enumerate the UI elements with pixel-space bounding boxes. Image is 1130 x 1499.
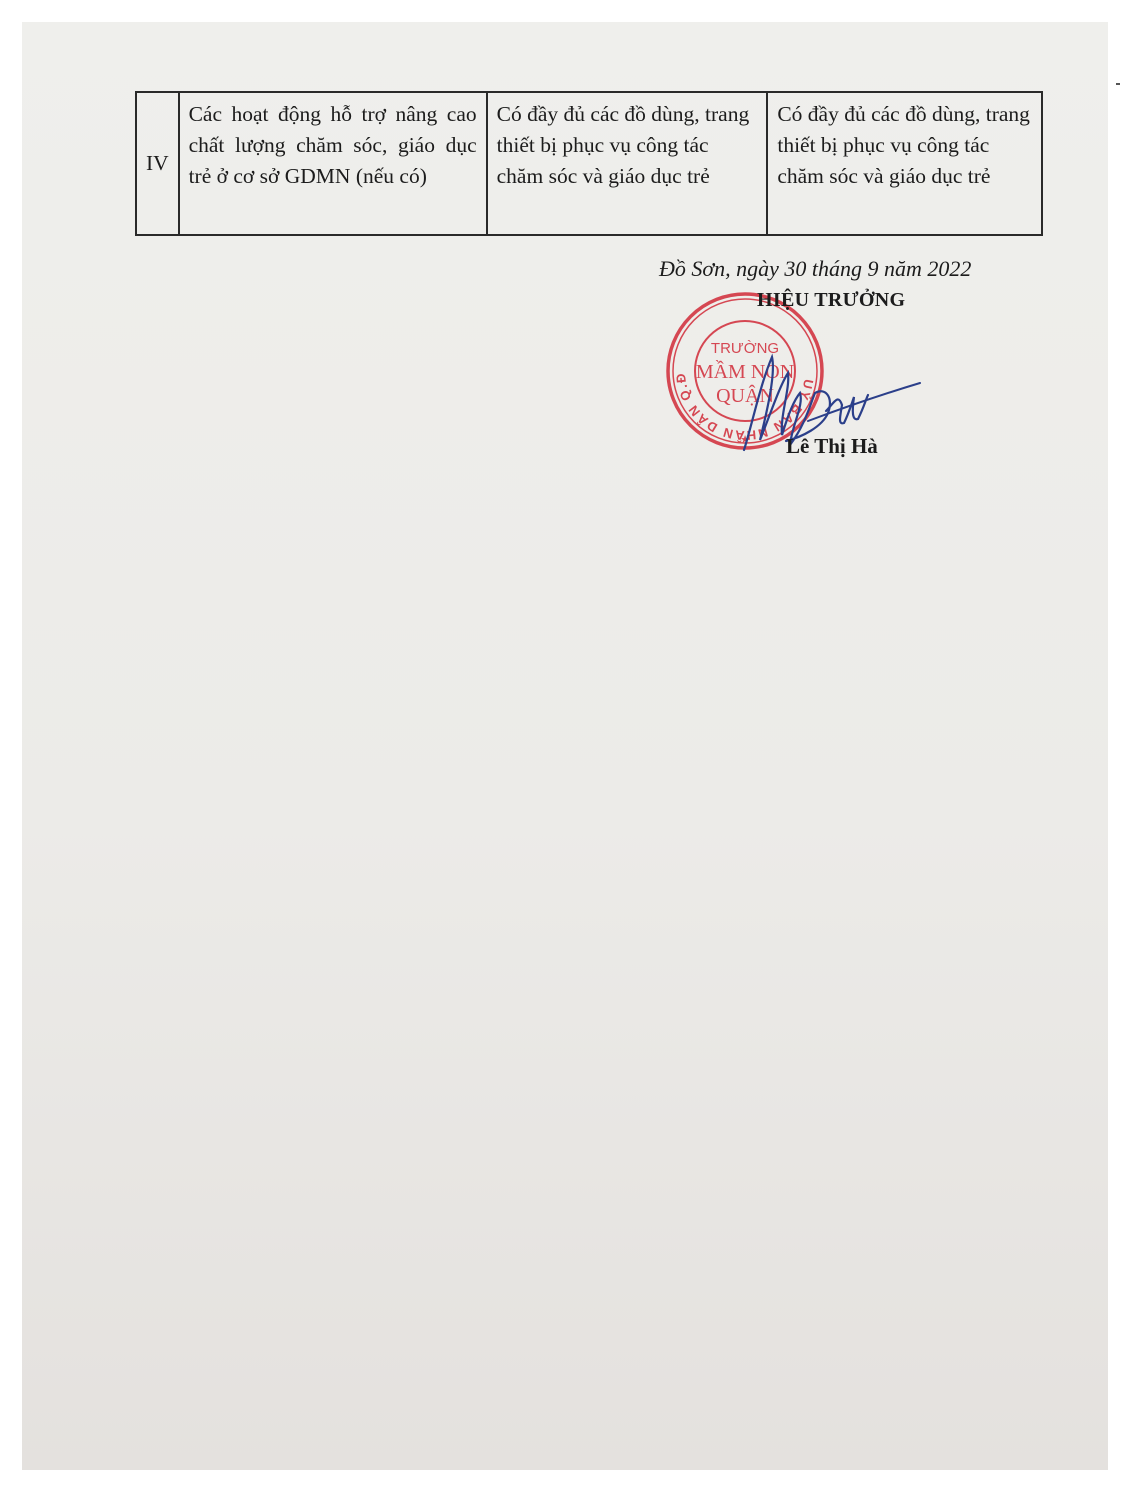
criteria-table: IV Các hoạt động hỗ trợ nâng cao chất lư… bbox=[135, 91, 1043, 236]
activity-cell: Các hoạt động hỗ trợ nâng cao chất lượng… bbox=[179, 92, 487, 235]
place-and-date: Đồ Sơn, ngày 30 tháng 9 năm 2022 bbox=[659, 256, 971, 282]
equipment-cell-target: Có đầy đủ các đồ dùng, trang thiết bị ph… bbox=[767, 92, 1042, 235]
equipment-cell-current: Có đầy đủ các đồ dùng, trang thiết bị ph… bbox=[487, 92, 768, 235]
scan-speck bbox=[1116, 83, 1120, 85]
signer-name: Lê Thị Hà bbox=[786, 434, 878, 459]
row-index: IV bbox=[136, 92, 179, 235]
table-row: IV Các hoạt động hỗ trợ nâng cao chất lư… bbox=[136, 92, 1042, 235]
signer-title: HIỆU TRƯỞNG bbox=[757, 289, 905, 312]
scanned-page bbox=[22, 22, 1108, 1470]
